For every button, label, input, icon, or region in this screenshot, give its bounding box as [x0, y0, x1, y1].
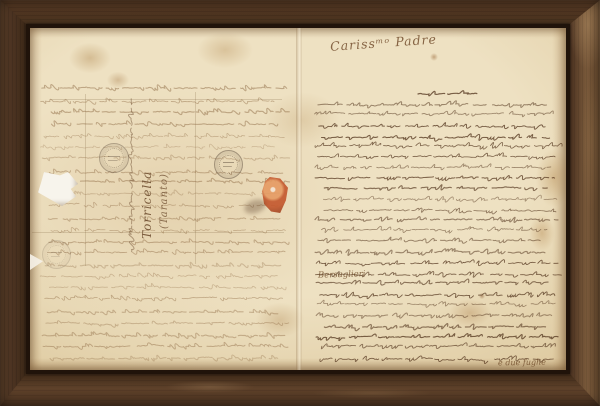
- handwriting-scribbles: [30, 28, 566, 370]
- frame-window: Carissᵐᵒ Padre Torricella (Taranto) Bers…: [26, 24, 570, 374]
- postmark-icon: [214, 150, 243, 179]
- frame-rail-left: [0, 0, 26, 406]
- frame-rail-top: [0, 0, 600, 24]
- body-word-due-fughe: e due fughe: [498, 358, 546, 368]
- frame-rail-bottom: [0, 374, 600, 406]
- letter-sheet: Carissᵐᵒ Padre Torricella (Taranto) Bers…: [30, 28, 566, 370]
- postmark-icon: [42, 240, 71, 269]
- address-province: (Taranto): [157, 93, 175, 263]
- body-word-bersaglieri: Bersaglieri: [318, 269, 366, 280]
- address-town: Torricella: [139, 93, 157, 263]
- framed-letter-photo: Carissᵐᵒ Padre Torricella (Taranto) Bers…: [0, 0, 600, 406]
- address-scribble: [121, 93, 139, 263]
- frame-rail-right: [570, 0, 600, 406]
- postmark-icon: [99, 143, 129, 173]
- address-block: Torricella (Taranto): [121, 93, 175, 263]
- address-recipient-line: [121, 93, 139, 263]
